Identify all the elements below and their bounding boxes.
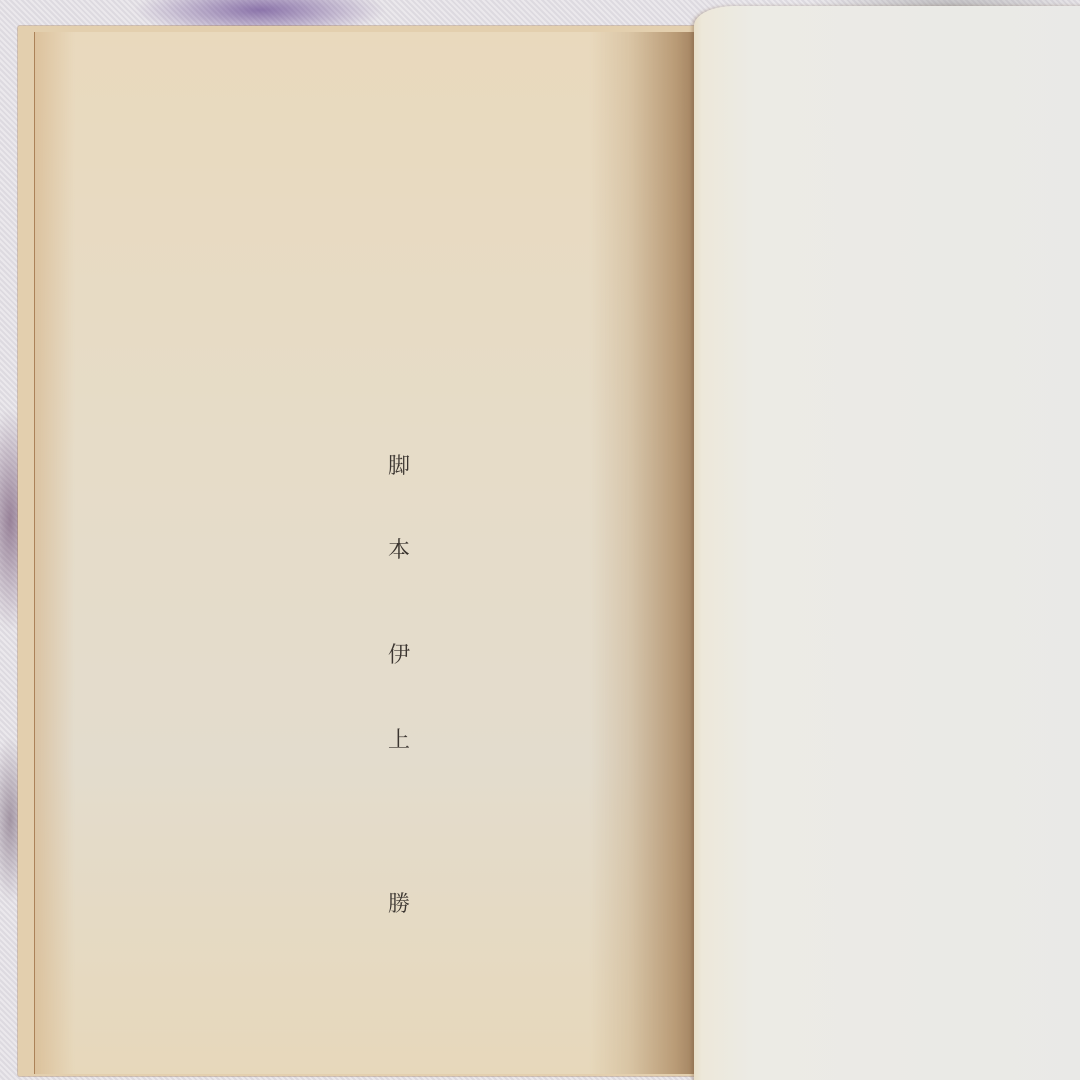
char-hon: 本	[388, 540, 410, 562]
char-masaru: 勝	[388, 894, 410, 916]
right-page	[694, 6, 1080, 1080]
char-kyaku: 脚	[388, 456, 410, 478]
left-page	[34, 32, 695, 1074]
char-ue: 上	[388, 730, 410, 752]
char-i: 伊	[388, 645, 410, 667]
